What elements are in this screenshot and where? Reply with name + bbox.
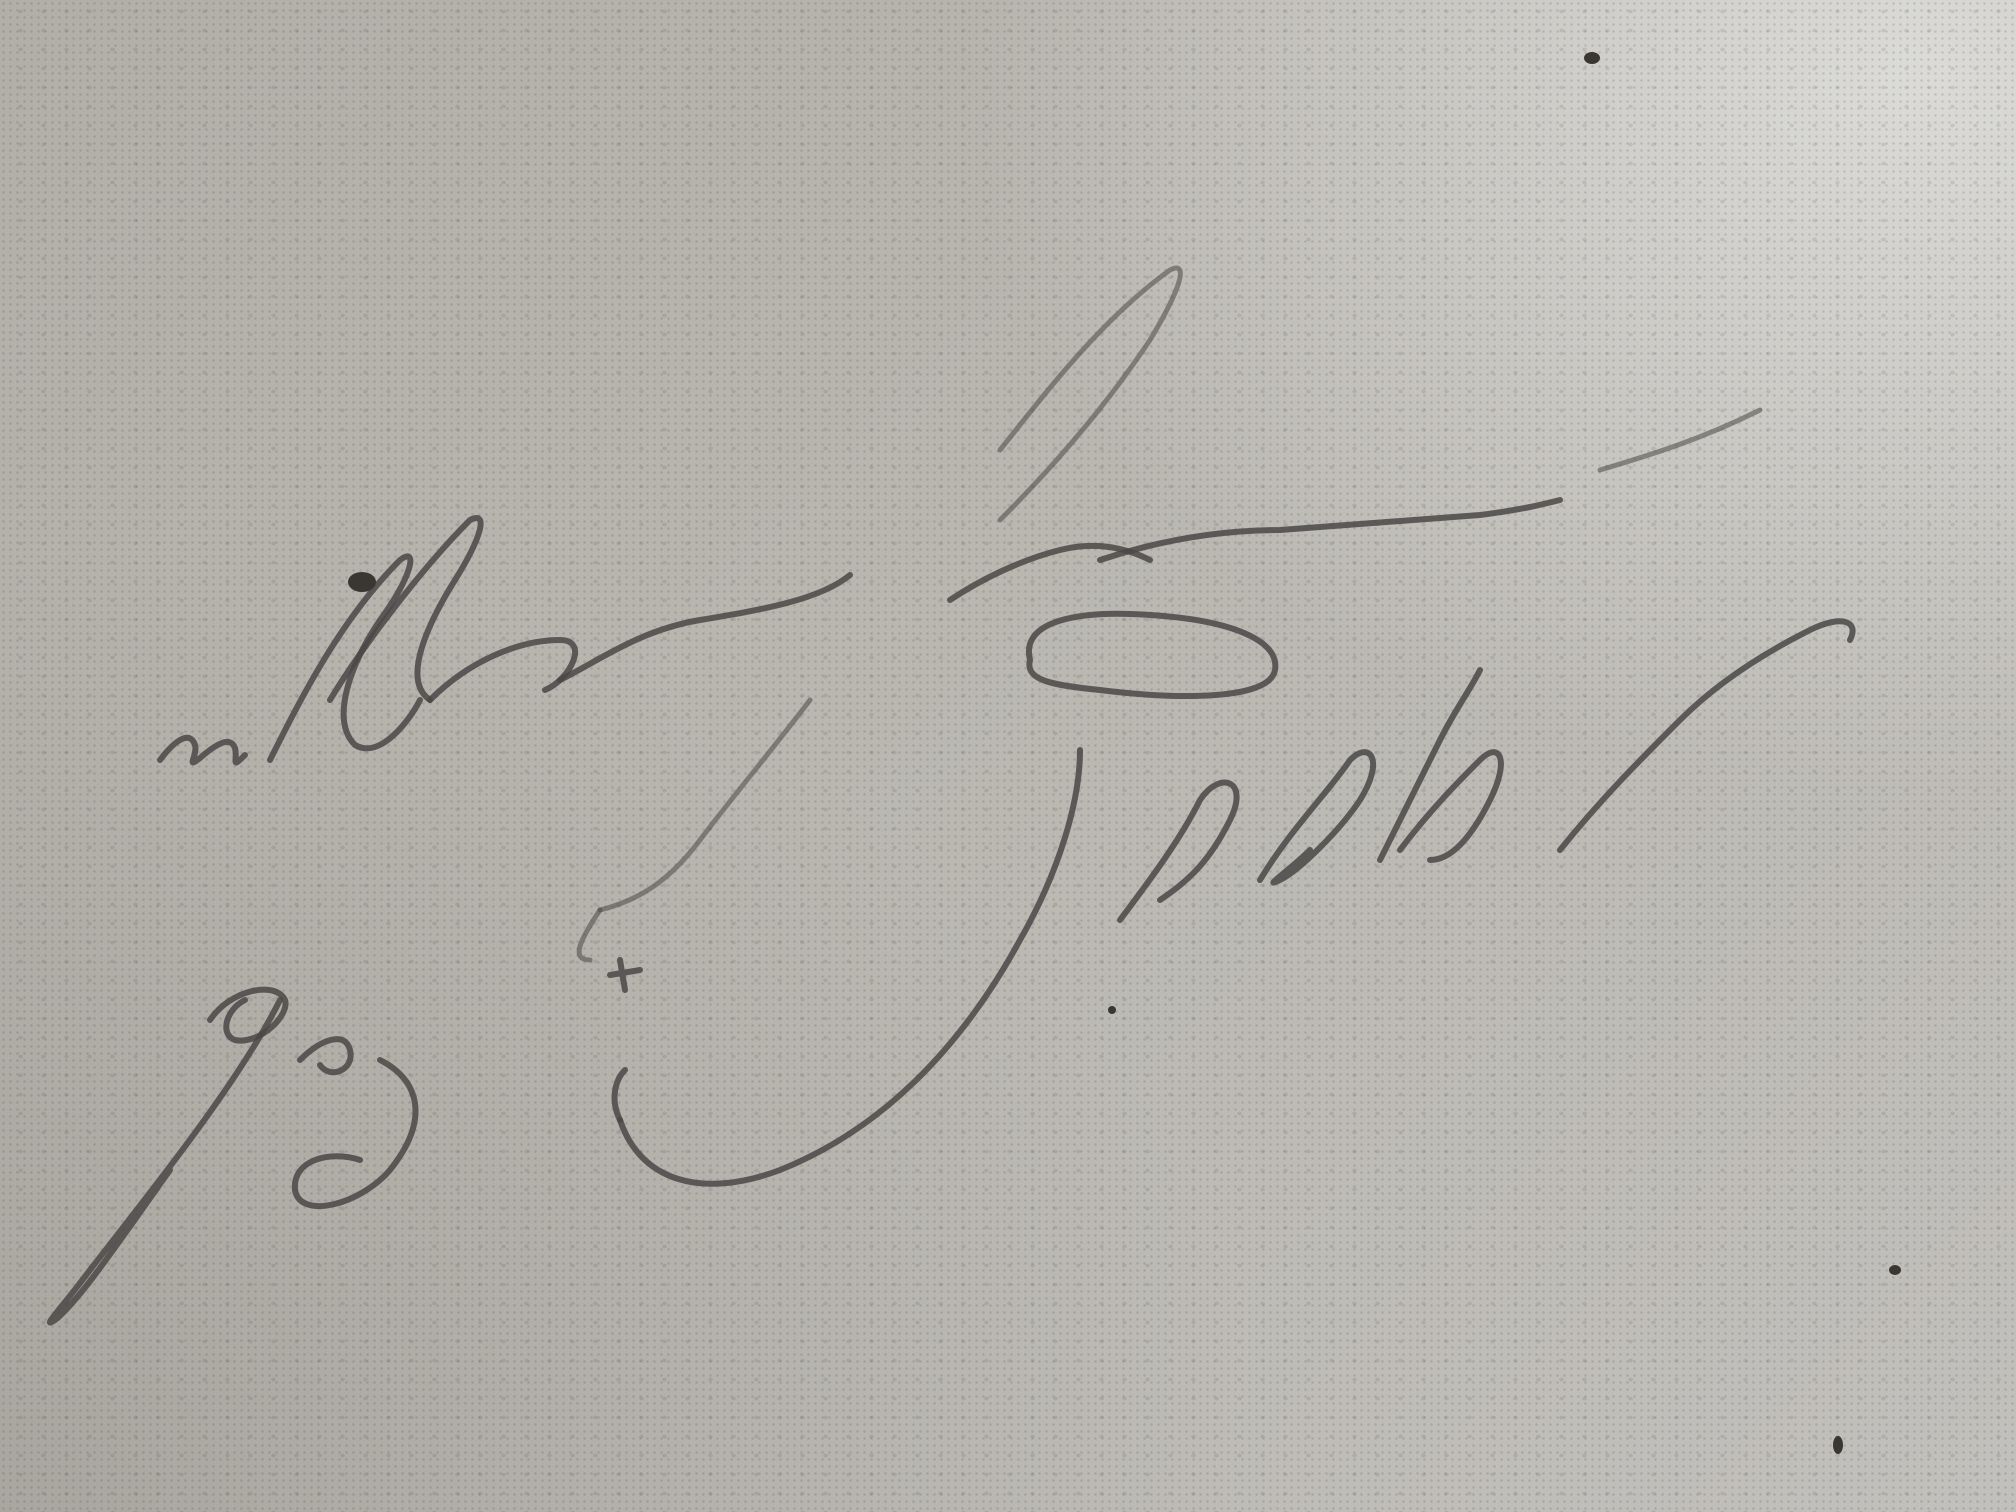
paper-specks bbox=[348, 52, 1901, 1454]
paper-photo: nach der Natur gez. Pfahl bbox=[0, 0, 2016, 1512]
inscription-line-2 bbox=[50, 621, 1853, 1322]
inscription-line-1 bbox=[160, 268, 1760, 762]
handwriting bbox=[0, 0, 2016, 1512]
